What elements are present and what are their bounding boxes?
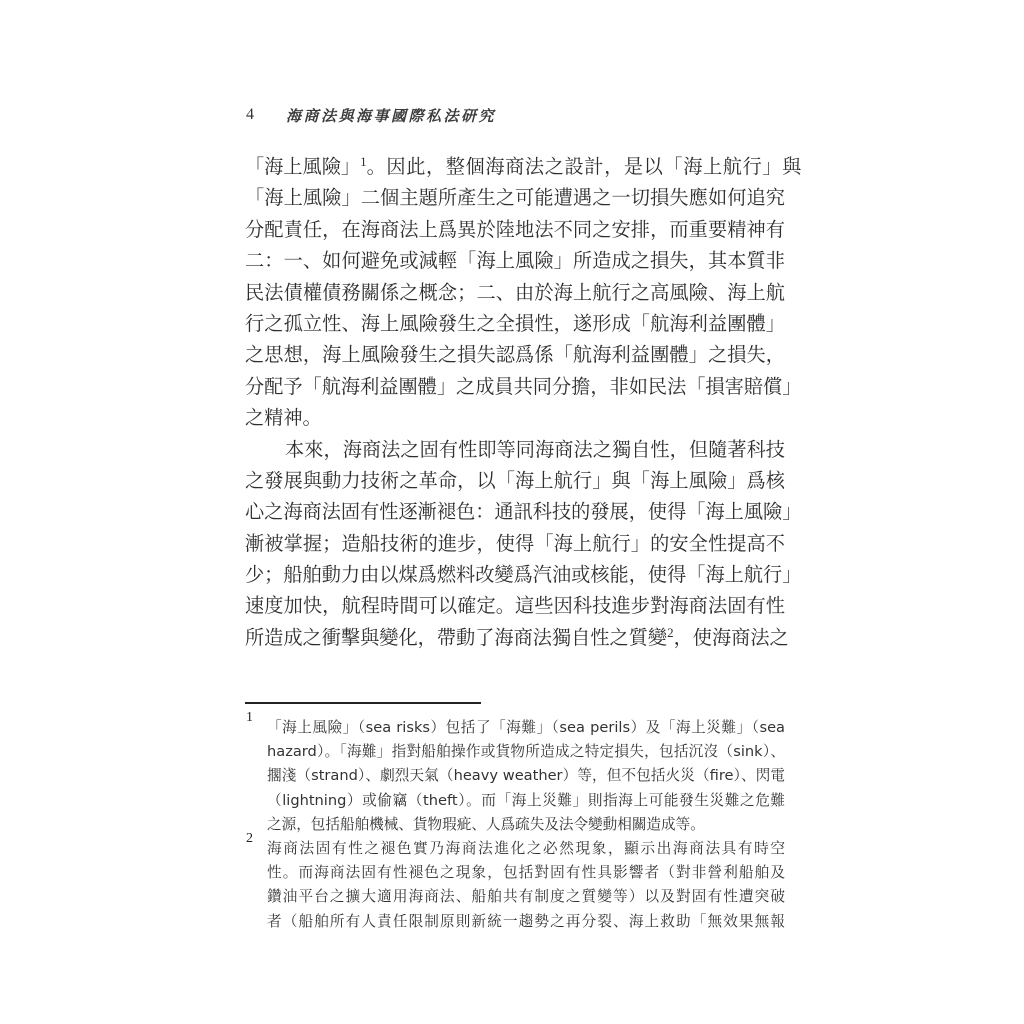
footnote-line: 鑽油平台之擴大適用海商法、船舶共有制度之質變等）以及對固有性遭突破 <box>267 885 785 909</box>
footnote-line: hazard）。「海難」指對船舶操作或貨物所造成之特定損失，包括沉沒（sink）… <box>245 740 785 764</box>
text-line: 少；船舶動力由以煤爲燃料改變爲汽油或核能，使得「海上航行」 <box>245 559 785 590</box>
main-text: 「海上風險」1。因此，整個海商法之設計，是以「海上航行」與 「海上風險」二個主題… <box>245 151 785 653</box>
text-line: 「海上風險」二個主題所產生之可能遭遇之一切損失應如何追究 <box>245 182 785 213</box>
footnotes: 1 「海上風險」（sea risks）包括了「海難」（sea perils）及「… <box>245 716 785 934</box>
footnote-line: 者（船舶所有人責任限制原則新統一趨勢之再分裂、海上救助「無效果無報 <box>267 910 785 934</box>
footnote-number: 2 <box>246 831 253 847</box>
text-line: 民法債權債務關係之概念；二、由於海上航行之高風險、海上航 <box>245 277 785 308</box>
footnote-line: （lightning）或偷竊（theft）。而「海上災難」則指海上可能發生災難之… <box>267 789 785 813</box>
quoted-term: 「海上風險」 <box>245 155 360 178</box>
text-line: 行之孤立性、海上風險發生之全損性，遂形成「航海利益團體」 <box>245 308 785 339</box>
text-segment: 。因此，整個海商法之設計，是以「海上航行」與 <box>367 155 802 178</box>
text-line: 分配責任，在海商法上爲異於陸地法不同之安排，而重要精神有 <box>245 214 785 245</box>
footnote-line: 海商法固有性之褪色實乃海商法進化之必然現象，顯示出海商法具有時空 <box>267 837 785 861</box>
text-line: 「海上風險」1。因此，整個海商法之設計，是以「海上航行」與 <box>245 151 785 182</box>
text-line: 之發展與動力技術之革命，以「海上航行」與「海上風險」爲核 <box>245 465 785 496</box>
text-line: 二：一、如何避免或減輕「海上風險」所造成之損失，其本質非 <box>245 245 785 276</box>
footnote-2: 2 海商法固有性之褪色實乃海商法進化之必然現象，顯示出海商法具有時空 性。而海商… <box>245 837 785 934</box>
footnote-line: 之源，包括船舶機械、貨物瑕疵、人爲疏失及法令變動相關造成等。 <box>267 813 785 837</box>
footnote-1: 1 「海上風險」（sea risks）包括了「海難」（sea perils）及「… <box>245 716 785 837</box>
text-line: 之精神。 <box>245 402 785 433</box>
footnote-number: 1 <box>246 710 253 726</box>
book-page: 4 海商法與海事國際私法研究 「海上風險」1。因此，整個海商法之設計，是以「海上… <box>0 0 1024 1024</box>
text-line: 心之海商法固有性逐漸褪色：通訊科技的發展，使得「海上風險」 <box>245 496 785 527</box>
footnote-separator <box>245 702 481 704</box>
page-number: 4 <box>246 106 286 124</box>
footnote-line: 擱淺（strand）、劇烈天氣（heavy weather）等，但不包括火災（f… <box>267 764 785 788</box>
text-line: 漸被掌握；造船技術的進步，使得「海上航行」的安全性提高不 <box>245 528 785 559</box>
text-line: 本來，海商法之固有性即等同海商法之獨自性，但隨著科技 <box>245 434 785 465</box>
footnote-line: 性。而海商法固有性褪色之現象，包括對固有性具影響者（對非營利船舶及 <box>267 861 785 885</box>
book-title: 海商法與海事國際私法研究 <box>286 105 496 126</box>
text-segment: ，使海商法之 <box>674 626 789 649</box>
footnote-line: 「海上風險」（sea risks）包括了「海難」（sea perils）及「海上… <box>267 716 785 740</box>
text-line: 速度加快，航程時間可以確定。這些因科技進步對海商法固有性 <box>245 590 785 621</box>
text-line: 分配予「航海利益團體」之成員共同分擔，非如民法「損害賠償」 <box>245 371 785 402</box>
text-line: 所造成之衝擊與變化，帶動了海商法獨自性之質變2，使海商法之 <box>245 622 785 653</box>
text-segment: 所造成之衝擊與變化，帶動了海商法獨自性之質變 <box>245 626 667 649</box>
text-line: 之思想，海上風險發生之損失認爲係「航海利益團體」之損失， <box>245 339 785 370</box>
running-head: 4 海商法與海事國際私法研究 <box>246 103 496 127</box>
